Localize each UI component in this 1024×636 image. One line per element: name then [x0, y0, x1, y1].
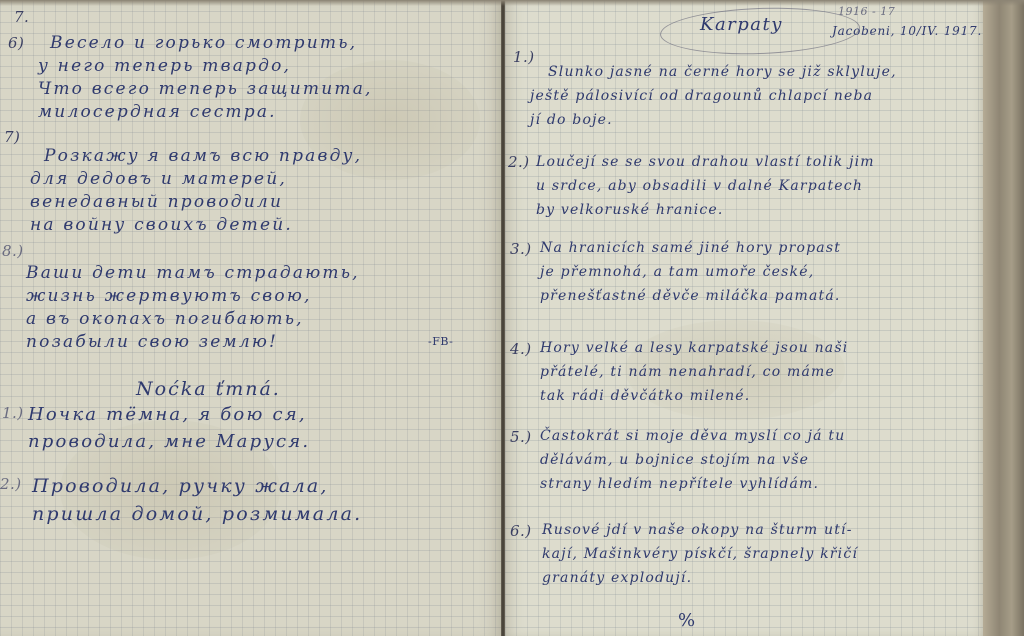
stanza-6: Весело и горько смотрить, у него теперь … — [38, 32, 373, 124]
stanza-line: Hory velké a lesy karpatské jsou naši — [540, 336, 848, 360]
stanza-line: милосердная сестра. — [38, 101, 373, 124]
stanza-line: Что всего теперь защитита, — [38, 78, 373, 101]
left-page: 7. 6) Весело и горько смотрить, у него т… — [0, 0, 503, 636]
stanza-line: ještě pálosivící od dragounů chlapcí neb… — [530, 84, 879, 108]
stanza-line: пришла домой, розмимала. — [32, 500, 362, 528]
right-stanza-6: Rusové jdí v naše okopy na šturm utí- ka… — [542, 518, 858, 590]
stanza-8: Ваши дети тамъ страдають, жизнь жертвуют… — [26, 262, 360, 354]
stanza-line: на войну своихъ детей. — [30, 214, 348, 237]
song-stanza-1: Ночка тёмна, я бою ся, проводила, мне Ма… — [28, 401, 310, 455]
stanza-line: для дедовъ и матерей, — [30, 168, 348, 191]
stanza-number: 6) — [8, 34, 24, 52]
stanza-7: Розкажу я вамъ всю правду, для дедовъ и … — [30, 145, 348, 237]
right-page-title: Karpaty — [700, 14, 783, 35]
stanza-line: by velkoruské hranice. — [536, 198, 875, 222]
stanza-line: у него теперь твардо, — [38, 55, 373, 78]
right-stanza-4: Hory velké a lesy karpatské jsou naši př… — [540, 336, 848, 408]
song-title: Noćka ťmná. — [136, 378, 281, 400]
right-stanza-1: Slunko jasné na černé hory se již sklylu… — [530, 60, 879, 132]
stanza-number: 8.) — [2, 242, 24, 260]
stanza-line: а въ окопахъ погибають, — [26, 308, 360, 331]
stanza-line: проводила, мне Маруся. — [28, 428, 310, 455]
stanza-line: Ночка тёмна, я бою ся, — [28, 401, 310, 428]
notebook-spread: 7. 6) Весело и горько смотрить, у него т… — [0, 0, 1024, 636]
notebook-page-edges — [983, 0, 1024, 636]
stanza-line: u srdce, aby obsadili v dalné Karpatech — [536, 174, 875, 198]
stanza-number: 3.) — [510, 240, 532, 258]
stanza-line: Slunko jasné na černé hory se již sklylu… — [548, 60, 897, 84]
right-stanza-2: Loučejí se se svou drahou vlastí tolik j… — [536, 150, 875, 222]
signature-mark: -FB- — [428, 335, 453, 348]
right-stanza-5: Častokrát si moje děva myslí co já tu dě… — [540, 424, 845, 496]
stanza-line: Ваши дети тамъ страдають, — [26, 262, 360, 285]
stanza-line: kají, Mašinkvéry pískčí, šrapnely křičí — [542, 542, 858, 566]
stanza-line: Na hranicích samé jiné hory propast — [540, 236, 841, 260]
page-marker: 7. — [14, 8, 29, 26]
stanza-number: 7) — [4, 128, 20, 146]
stanza-line: жизнь жертвуютъ свою, — [26, 285, 360, 308]
stanza-line: tak rádi děvčátko milené. — [540, 384, 848, 408]
song-stanza-number: 1.) — [2, 404, 24, 422]
stanza-number: 2.) — [508, 153, 530, 171]
page-top-shadow — [0, 0, 1024, 6]
stanza-line: позабыли свою землю! — [26, 331, 360, 354]
song-stanza-number: 2.) — [0, 475, 22, 493]
year-range: 1916 - 17 — [838, 5, 895, 18]
end-mark: % — [678, 610, 696, 631]
stanza-line: strany hledím nepřítele vyhlídám. — [540, 472, 845, 496]
stanza-line: granáty explodují. — [542, 566, 858, 590]
stanza-number: 4.) — [510, 340, 532, 358]
stanza-line: Rusové jdí v naše okopy na šturm utí- — [542, 518, 858, 542]
stanza-line: přátelé, ti nám nenahradí, co máme — [540, 360, 848, 384]
stanza-number: 6.) — [510, 522, 532, 540]
stanza-line: Проводила, ручку жала, — [32, 472, 362, 500]
stanza-line: dělávám, u bojnice stojím na vše — [540, 448, 845, 472]
stanza-line: венедавный проводили — [30, 191, 348, 214]
right-stanza-3: Na hranicích samé jiné hory propast je p… — [540, 236, 841, 308]
stanza-line: Весело и горько смотрить, — [50, 32, 385, 55]
stanza-line: přenešťastné děvče miláčka pamatá. — [540, 284, 841, 308]
place-date: Jacobeni, 10/IV. 1917. — [832, 24, 982, 38]
song-stanza-2: Проводила, ручку жала, пришла домой, роз… — [32, 472, 362, 528]
stanza-line: Častokrát si moje děva myslí co já tu — [540, 424, 845, 448]
stanza-line: jí do boje. — [530, 108, 879, 132]
stanza-number: 5.) — [510, 428, 532, 446]
stanza-line: Loučejí se se svou drahou vlastí tolik j… — [536, 150, 875, 174]
stanza-line: je přemnohá, a tam umoře české, — [540, 260, 841, 284]
stanza-line: Розкажу я вамъ всю правду, — [44, 145, 362, 168]
